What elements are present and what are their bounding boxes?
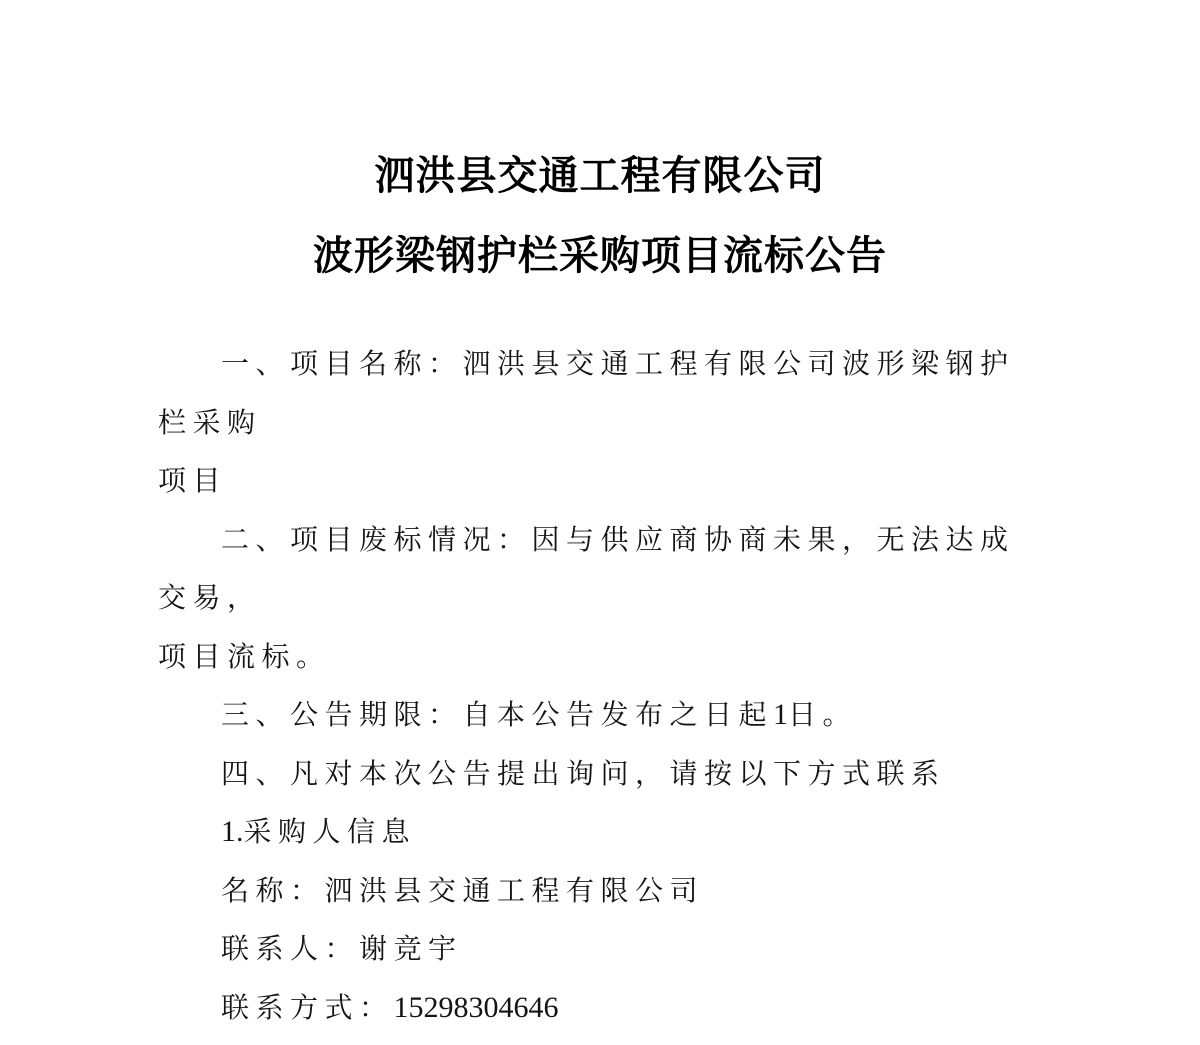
section-project-name: 一、项目名称：泗洪县交通工程有限公司波形梁钢护栏采购 (158, 335, 1048, 452)
section-abandonment-cont: 项目流标。 (158, 628, 1048, 687)
title-company: 泗洪县交通工程有限公司 (0, 136, 1200, 216)
purchaser-name: 名称：泗洪县交通工程有限公司 (158, 862, 1048, 921)
section-project-name-cont: 项目 (158, 452, 1048, 511)
section-notice-period: 三、公告期限：自本公告发布之日起1日。 (158, 686, 1048, 745)
purchaser-phone-label: 联系方式： (221, 991, 394, 1024)
purchaser-contact: 联系人：谢竞宇 (158, 920, 1048, 979)
purchaser-name-value: 泗洪县交通工程有限公司 (325, 874, 705, 907)
purchaser-contact-value: 谢竞宇 (359, 932, 463, 965)
section-label: 二、项目废标情况： (221, 523, 532, 556)
section-text: 自本公告发布之日起 (463, 698, 774, 731)
document-title: 泗洪县交通工程有限公司 波形梁钢护栏采购项目流标公告 (0, 136, 1200, 296)
purchaser-name-label: 名称： (221, 874, 325, 907)
section-suffix: 日。 (788, 698, 857, 731)
purchaser-heading-number: 1. (221, 815, 244, 848)
document-body: 一、项目名称：泗洪县交通工程有限公司波形梁钢护栏采购 项目 二、项目废标情况：因… (158, 335, 1048, 1037)
section-label: 一、项目名称： (221, 347, 463, 380)
title-announcement: 波形梁钢护栏采购项目流标公告 (0, 216, 1200, 296)
purchaser-phone: 联系方式：15298304646 (158, 979, 1048, 1038)
purchaser-heading-text: 采购人信息 (244, 815, 417, 848)
purchaser-phone-value: 15298304646 (394, 991, 559, 1024)
section-inquiry: 四、凡对本次公告提出询问，请按以下方式联系 (158, 745, 1048, 804)
section-abandonment: 二、项目废标情况：因与供应商协商未果，无法达成交易， (158, 511, 1048, 628)
purchaser-contact-label: 联系人： (221, 932, 359, 965)
section-label: 三、公告期限： (221, 698, 463, 731)
purchaser-heading: 1.采购人信息 (158, 803, 1048, 862)
period-days: 1 (773, 698, 788, 731)
